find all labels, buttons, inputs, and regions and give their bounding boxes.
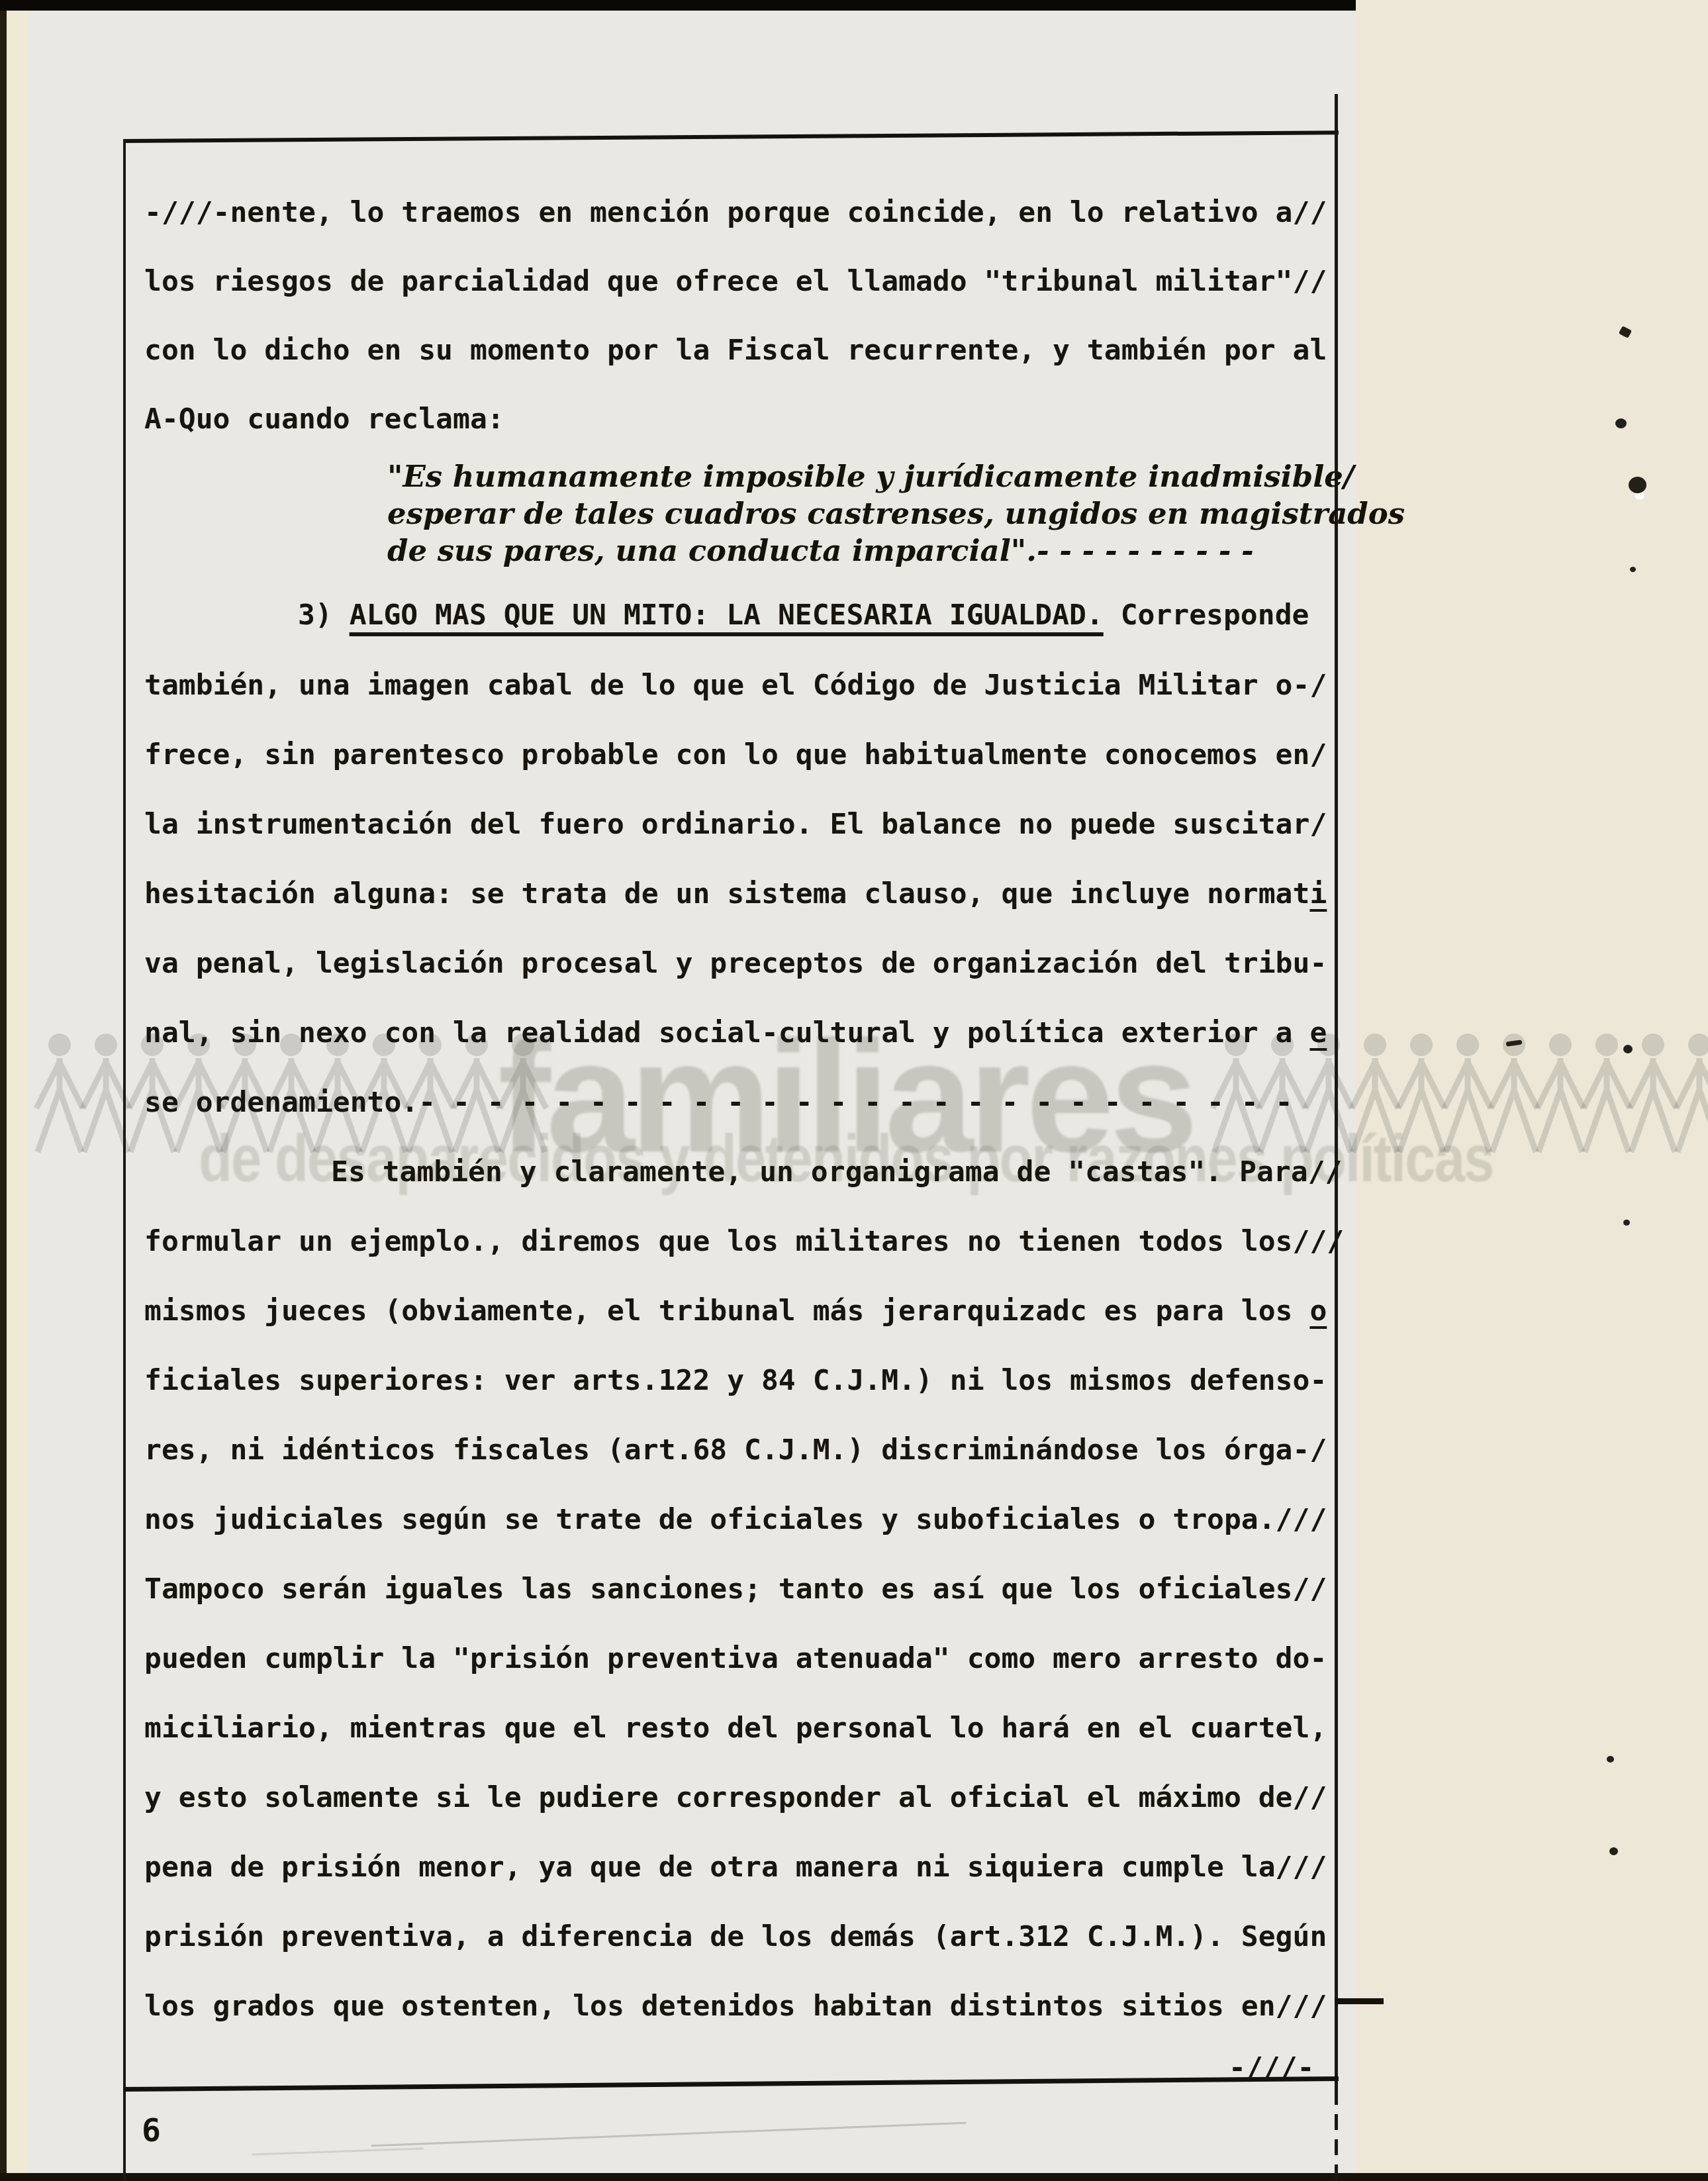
- frame-line-top: [123, 130, 1339, 143]
- typed-line: Tampoco serán iguales las sanciones; tan…: [144, 1573, 1327, 1606]
- typed-line: Es también y claramente, un organigrama …: [331, 1155, 1342, 1189]
- typed-line: va penal, legislación procesal y precept…: [144, 947, 1327, 981]
- scan-edge-top: [0, 0, 1356, 11]
- underlined-text: ALGO MAS QUE UN MITO: LA NECESARIA IGUAL…: [350, 599, 1104, 632]
- ink-speck: [1629, 477, 1646, 493]
- scan-margin-left: [5, 0, 28, 2181]
- frame-line-bottom: [123, 2076, 1339, 2092]
- ink-speck: [1623, 1220, 1630, 1226]
- ink-speck: [1607, 1756, 1614, 1763]
- pencil-scrawl: [371, 2122, 966, 2147]
- typed-line: ficiales superiores: ver arts.122 y 84 C…: [144, 1364, 1327, 1398]
- typed-line: -///-nente, lo traemos en mención porque…: [144, 196, 1327, 230]
- frame-line-right: [1335, 94, 1338, 2089]
- frame-line-right-lower: [1335, 2089, 1338, 2181]
- typed-line: A-Quo cuando reclama:: [144, 403, 504, 436]
- underlined-text: i: [1309, 877, 1327, 910]
- typed-line: se ordenamiento.- - - - - - - - - - - - …: [144, 1086, 1293, 1120]
- underlined-text: e: [1309, 1016, 1327, 1049]
- typed-line: frece, sin parentesco probable con lo qu…: [144, 738, 1327, 772]
- continuation-mark: -///-: [1229, 2051, 1314, 2085]
- ink-speck: [1609, 1847, 1618, 1855]
- typed-line: y esto solamente si le pudiere correspon…: [144, 1781, 1327, 1815]
- typed-line: res, ni idénticos fiscales (art.68 C.J.M…: [144, 1433, 1327, 1467]
- typed-line: "Es humanamente imposible y jurídicament…: [387, 460, 1354, 494]
- typed-line: miciliario, mientras que el resto del pe…: [144, 1712, 1327, 1745]
- scan-edge-bottom: [0, 2173, 1708, 2181]
- typed-line: pueden cumplir la "prisión preventiva at…: [144, 1642, 1327, 1676]
- typed-line: con lo dicho en su momento por la Fiscal…: [144, 334, 1327, 367]
- margin-tick-mark: [1335, 1998, 1384, 2004]
- scan-edge-left: [0, 0, 7, 2181]
- typed-line: formular un ejemplo., diremos que los mi…: [144, 1225, 1344, 1259]
- typed-line: también, una imagen cabal de lo que el C…: [144, 669, 1327, 703]
- typed-line: 3) ALGO MAS QUE UN MITO: LA NECESARIA IG…: [298, 599, 1309, 632]
- pencil-scrawl: [252, 2147, 424, 2155]
- ink-speck: [1615, 418, 1627, 428]
- ink-speck: [1630, 567, 1636, 572]
- typed-line: pena de prisión menor, ya que de otra ma…: [144, 1851, 1327, 1884]
- typed-line: hesitación alguna: se trata de un sistem…: [144, 877, 1327, 911]
- scanned-page: familiares de desaparecidos y detenidos …: [0, 0, 1708, 2181]
- page-number: 6: [142, 2113, 161, 2148]
- typed-line: nal, sin nexo con la realidad social-cul…: [144, 1016, 1327, 1050]
- typed-line: mismos jueces (obviamente, el tribunal m…: [144, 1294, 1327, 1328]
- scan-margin-right: [1356, 0, 1708, 2181]
- typed-line: esperar de tales cuadros castrenses, ung…: [387, 497, 1405, 531]
- typed-line: prisión preventiva, a diferencia de los …: [144, 1920, 1327, 1954]
- typed-line: los riesgos de parcialidad que ofrece el…: [144, 265, 1327, 299]
- typed-line: nos judiciales según se trate de oficial…: [144, 1503, 1327, 1537]
- typed-line: la instrumentación del fuero ordinario. …: [144, 808, 1327, 842]
- frame-line-left: [123, 139, 126, 2181]
- typed-line: los grados que ostenten, los detenidos h…: [144, 1990, 1327, 2023]
- underlined-text: o: [1309, 1294, 1327, 1328]
- typed-line: de sus pares, una conducta imparcial".- …: [387, 534, 1254, 568]
- ink-speck: [1623, 1045, 1633, 1053]
